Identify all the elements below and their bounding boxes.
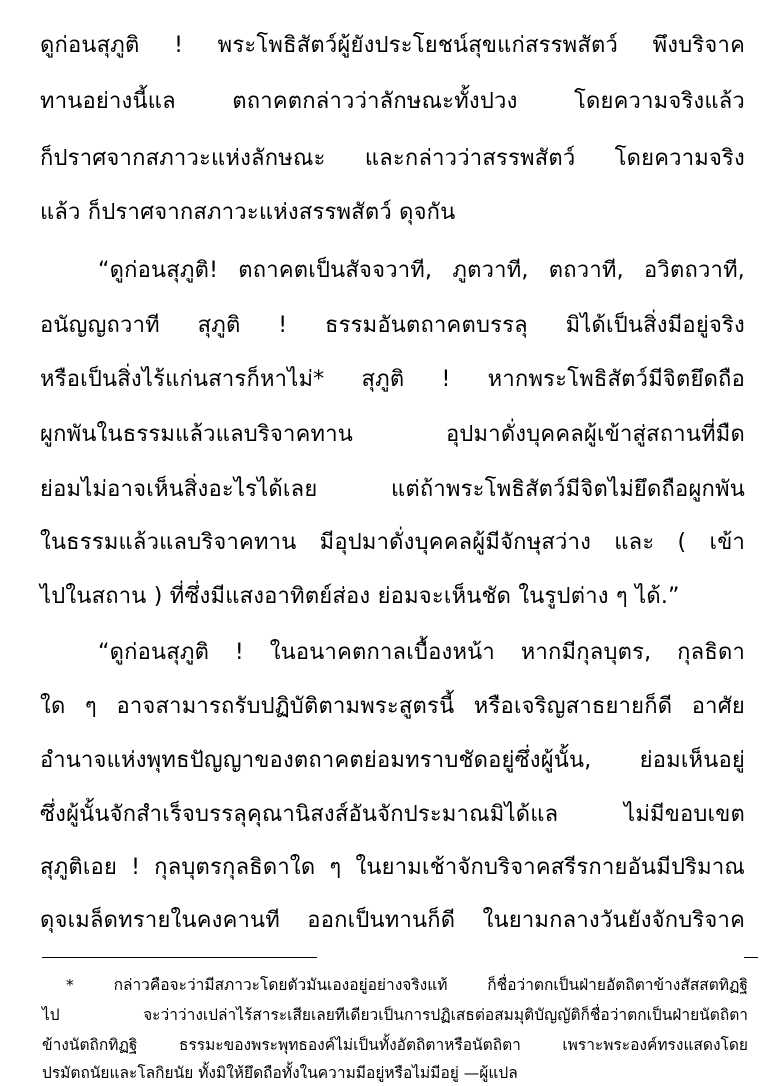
scanned-page: ดูก่อนสุภูติ ! พระโพธิสัตว์ผู้ยังประโยชน…	[0, 0, 780, 1086]
text-line: อำนาจแห่งพุทธปัญญาของตถาคตย่อมทราบชัดอยู…	[40, 738, 745, 784]
footnote-line: * กล่าวคือจะว่ามีสภาวะโดยตัวมันเองอยู่อย…	[66, 969, 748, 1001]
text-line: ทานอย่างนี้แล ตถาคตกล่าวว่าลักษณะทั้งปวง…	[40, 79, 745, 125]
footnote-separator	[42, 957, 317, 958]
text-line: แล้ว ก็ปราศจากสภาวะแห่งสรรพสัตว์ ดุจกัน	[40, 190, 745, 236]
text-line: ดุจเมล็ดทรายในคงคานที ออกเป็นทานก็ดี ในย…	[40, 898, 745, 944]
text-line: ผูกพันในธรรมแล้วแลบริจาคทาน อุปมาดั่งบุค…	[40, 412, 745, 458]
text-line: ย่อมไม่อาจเห็นสิ่งอะไรได้เลย แต่ถ้าพระโพ…	[40, 467, 745, 513]
text-line: ซึ่งผู้นั้นจักสำเร็จบรรลุคุณานิสงส์อันจั…	[40, 792, 745, 838]
text-line: ไปในสถาน ) ที่ซึ่งมีแสงอาทิตย์ส่อง ย่อมจ…	[40, 574, 745, 620]
text-line: ดูก่อนสุภูติ ! พระโพธิสัตว์ผู้ยังประโยชน…	[40, 23, 745, 69]
footnote-line: ไป จะว่าว่างเปล่าไร้สาระเสียเลยทีเดียวเป…	[42, 999, 748, 1031]
text-line: “ดูก่อนสุภูติ! ตถาคตเป็นสัจจวาที, ภูตวาท…	[98, 248, 745, 294]
footnote-line: ปรมัตถนัยและโลกิยนัย ทั้งมิให้ยึดถือทั้ง…	[42, 1057, 748, 1086]
text-line: ในธรรมแล้วแลบริจาคทาน มีอุปมาดั่งบุคคลผู…	[40, 520, 745, 566]
text-line: สุภูติเอย ! กุลบุตรกุลธิดาใด ๆ ในยามเช้า…	[40, 845, 745, 891]
text-line: ใด ๆ อาจสามารถรับปฏิบัติตามพระสูตรนี้ หร…	[40, 684, 745, 730]
text-line: ก็ปราศจากสภาวะแห่งลักษณะ และกล่าวว่าสรรพ…	[40, 136, 745, 182]
text-line: หรือเป็นสิ่งไร้แก่นสารก็หาไม่* สุภูติ ! …	[40, 357, 745, 403]
text-line: “ดูก่อนสุภูติ ! ในอนาคตกาลเบื้องหน้า หาก…	[98, 630, 745, 676]
text-line: อนัญญถวาที สุภูติ ! ธรรมอันตถาคตบรรลุ มิ…	[40, 303, 745, 349]
footnote-separator-tail	[744, 957, 758, 958]
